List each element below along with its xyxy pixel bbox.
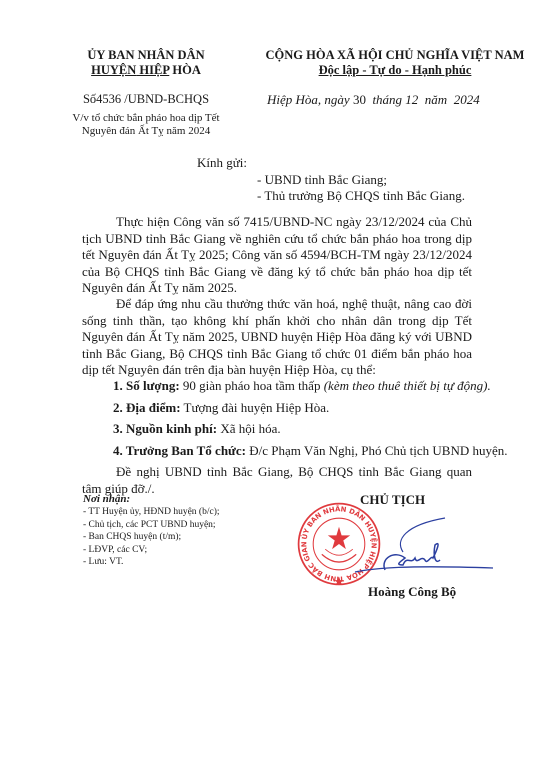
recipient: - UBND tỉnh Bắc Giang; — [257, 172, 387, 188]
national-header: CỘNG HÒA XÃ HỘI CHỦ NGHĨA VIỆT NAM Độc l… — [255, 48, 535, 78]
item-label: 2. Địa điểm: — [113, 400, 181, 415]
item-text: Tượng đài huyện Hiệp Hòa. — [181, 400, 330, 415]
body-paragraph: Để đáp ứng nhu cầu thưởng thức văn hoá, … — [82, 296, 472, 379]
date-suffix: tháng 12 năm 2024 — [366, 92, 480, 107]
org-name-part3: HÒA — [169, 63, 201, 77]
item-label: 1. Số lượng: — [113, 378, 180, 393]
distribution-item: - LĐVP, các CV; — [83, 544, 220, 557]
org-name-part2: HIỆP — [136, 63, 169, 77]
item-text: 90 giàn pháo hoa tầm thấp — [180, 378, 324, 393]
item-label: 3. Nguồn kinh phí: — [113, 421, 217, 436]
recipient: - Thủ trưởng Bộ CHQS tỉnh Bắc Giang. — [257, 188, 465, 204]
detail-item: 2. Địa điểm: Tượng đài huyện Hiệp Hòa. — [113, 400, 329, 416]
place-date: Hiệp Hòa, ngày 30 tháng 12 năm 2024 — [267, 92, 480, 108]
closing-text: Đề nghị UBND tỉnh Bắc Giang, Bộ CHQS tỉn… — [82, 464, 472, 496]
paragraph-text: Để đáp ứng nhu cầu thưởng thức văn hoá, … — [82, 296, 472, 377]
distribution-title: Nơi nhận: — [83, 492, 220, 506]
item-text: Xã hội hóa. — [217, 421, 281, 436]
distribution-item: - Ban CHQS huyện (t/m); — [83, 531, 220, 544]
distribution-list: Nơi nhận: - TT Huyện ủy, HĐND huyện (b/c… — [83, 492, 220, 569]
date-day: 30 — [353, 92, 366, 107]
national-motto: Độc lập - Tự do - Hạnh phúc — [255, 63, 535, 78]
nation-name: CỘNG HÒA XÃ HỘI CHỦ NGHĨA VIỆT NAM — [255, 48, 535, 63]
date-prefix: Hiệp Hòa, ngày — [267, 92, 353, 107]
salutation: Kính gửi: — [197, 155, 247, 171]
item-note: (kèm theo thuê thiết bị tự động). — [324, 378, 491, 393]
signer-name: Hoàng Công Bộ — [368, 584, 456, 600]
detail-item: 4. Trưởng Ban Tổ chức: Đ/c Phạm Văn Nghị… — [113, 443, 508, 459]
org-name-part1: HUYỆN — [91, 63, 136, 77]
signature-icon — [345, 510, 495, 585]
item-text: Đ/c Phạm Văn Nghị, Phó Chủ tịch UBND huy… — [246, 443, 508, 458]
detail-item: 3. Nguồn kinh phí: Xã hội hóa. — [113, 421, 281, 437]
item-label: 4. Trưởng Ban Tổ chức: — [113, 443, 246, 458]
distribution-item: - Lưu: VT. — [83, 556, 220, 569]
org-name-line2: HUYỆN HIỆP HÒA — [70, 63, 222, 78]
issuing-authority: ỦY BAN NHÂN DÂN HUYỆN HIỆP HÒA — [70, 48, 222, 78]
document-subject: V/v tổ chức bắn pháo hoa dịp Tết Nguyên … — [70, 112, 222, 138]
paragraph-text: Thực hiện Công văn số 7415/UBND-NC ngày … — [82, 214, 472, 295]
subject-line2: Nguyên đán Ất Tỵ năm 2024 — [70, 125, 222, 138]
distribution-item: - TT Huyện ủy, HĐND huyện (b/c); — [83, 506, 220, 519]
subject-line1: V/v tổ chức bắn pháo hoa dịp Tết — [70, 112, 222, 125]
document-number: Số4536 /UBND-BCHQS — [70, 92, 222, 107]
detail-item: 1. Số lượng: 90 giàn pháo hoa tầm thấp (… — [113, 378, 491, 394]
body-paragraph: Thực hiện Công văn số 7415/UBND-NC ngày … — [82, 214, 472, 297]
distribution-item: - Chủ tịch, các PCT UBND huyện; — [83, 519, 220, 532]
org-name-line1: ỦY BAN NHÂN DÂN — [70, 48, 222, 63]
